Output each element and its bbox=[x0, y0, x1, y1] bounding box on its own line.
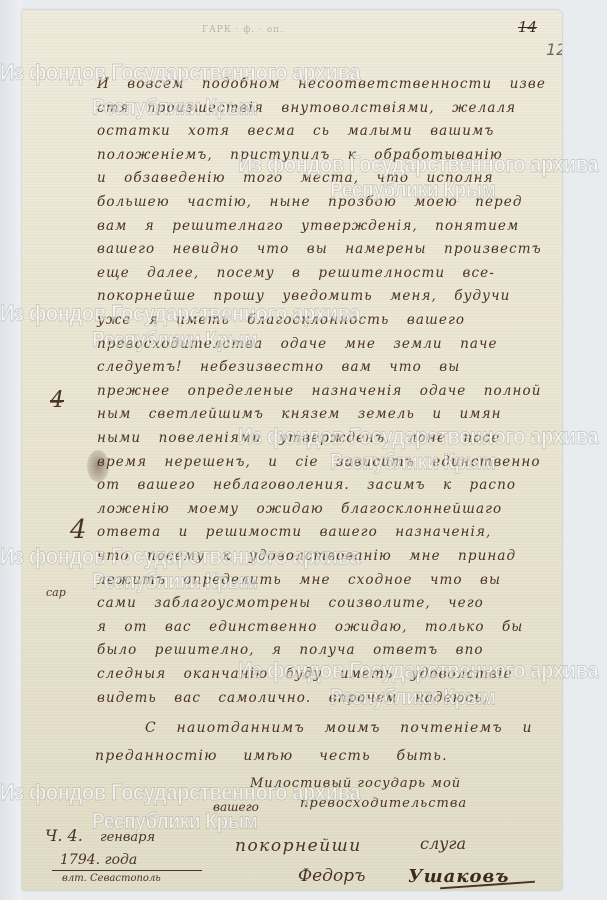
date-place: влт. Севастополь bbox=[62, 873, 161, 884]
body-line: ложенію моему ожидаю благосклоннейшаго bbox=[97, 501, 502, 517]
watermark-line-1: Из фондов Государственного архива bbox=[0, 780, 360, 806]
body-line: было решително, я получа ответъ впо bbox=[97, 642, 484, 658]
body-line: остатки хотя весма сь малыми вашимъ bbox=[97, 123, 494, 139]
watermark-line-2: Республики Крым bbox=[92, 328, 258, 353]
body-line: от вашего неблаговоления. засимъ к распо bbox=[97, 477, 516, 493]
closing-line: преданностію имѣю честь быть. bbox=[95, 748, 448, 764]
watermark-line-2: Республики Крым bbox=[92, 810, 258, 835]
folio-struck-number: 14 bbox=[518, 18, 537, 36]
body-line: сами заблагоусмотрены соизволите, чего bbox=[97, 595, 484, 611]
watermark-line-2: Республики Крым bbox=[92, 570, 258, 595]
watermark-line-2: Республики Крым bbox=[330, 450, 496, 475]
body-line: прежнее определеные назначенія одаче пол… bbox=[97, 383, 542, 399]
margin-note: 4 bbox=[50, 388, 64, 413]
watermark-line-1: Из фондов Государственного архива bbox=[0, 301, 360, 327]
archive-stamp: ГАРК · ф. · оп. bbox=[202, 25, 284, 35]
body-line: я от вас единственно ожидаю, только бы bbox=[97, 619, 523, 635]
body-line: следуетъ! небезизвестно вам что вы bbox=[97, 359, 460, 375]
scan-left-margin bbox=[0, 0, 22, 900]
date-year: 1794. года bbox=[60, 852, 137, 868]
body-line: ответа и решимости вашего назначенія, bbox=[97, 524, 491, 540]
signature-first-name: Федоръ bbox=[298, 866, 365, 886]
body-line: ным светлейшимъ князем земель и имян bbox=[97, 406, 502, 422]
body-line: вашего невидно что вы намерены произвест… bbox=[97, 241, 542, 257]
margin-note: 4 bbox=[70, 515, 87, 545]
watermark-line-2: Республики Крым bbox=[92, 96, 258, 121]
watermark-line-1: Из фондов Государственного архива bbox=[238, 424, 598, 450]
date-day: Ч. 4. bbox=[45, 826, 83, 845]
margin-note: сар bbox=[46, 586, 66, 599]
watermark-line-1: Из фондов Государственного архива bbox=[238, 152, 598, 178]
body-line: еще далее, посему в решителности все- bbox=[97, 265, 495, 281]
watermark-line-1: Из фондов Государственного архива bbox=[0, 60, 360, 86]
closing-line: С наиотданнимъ моимъ почтеніемъ и bbox=[145, 720, 533, 736]
watermark-line-1: Из фондов Государственного архива bbox=[238, 658, 598, 684]
signature-humble: покорнейши bbox=[235, 836, 362, 856]
watermark-line-2: Республики Крым bbox=[330, 178, 496, 203]
folio-number: 12 bbox=[546, 40, 562, 59]
watermark-line-2: Республики Крым bbox=[330, 686, 496, 711]
date-underline bbox=[52, 870, 202, 871]
watermark-line-1: Из фондов Государственного архива bbox=[0, 544, 360, 570]
signature-servant: слуга bbox=[420, 834, 466, 853]
body-line: вам я решителнаго утвержденія, понятием bbox=[97, 218, 519, 234]
